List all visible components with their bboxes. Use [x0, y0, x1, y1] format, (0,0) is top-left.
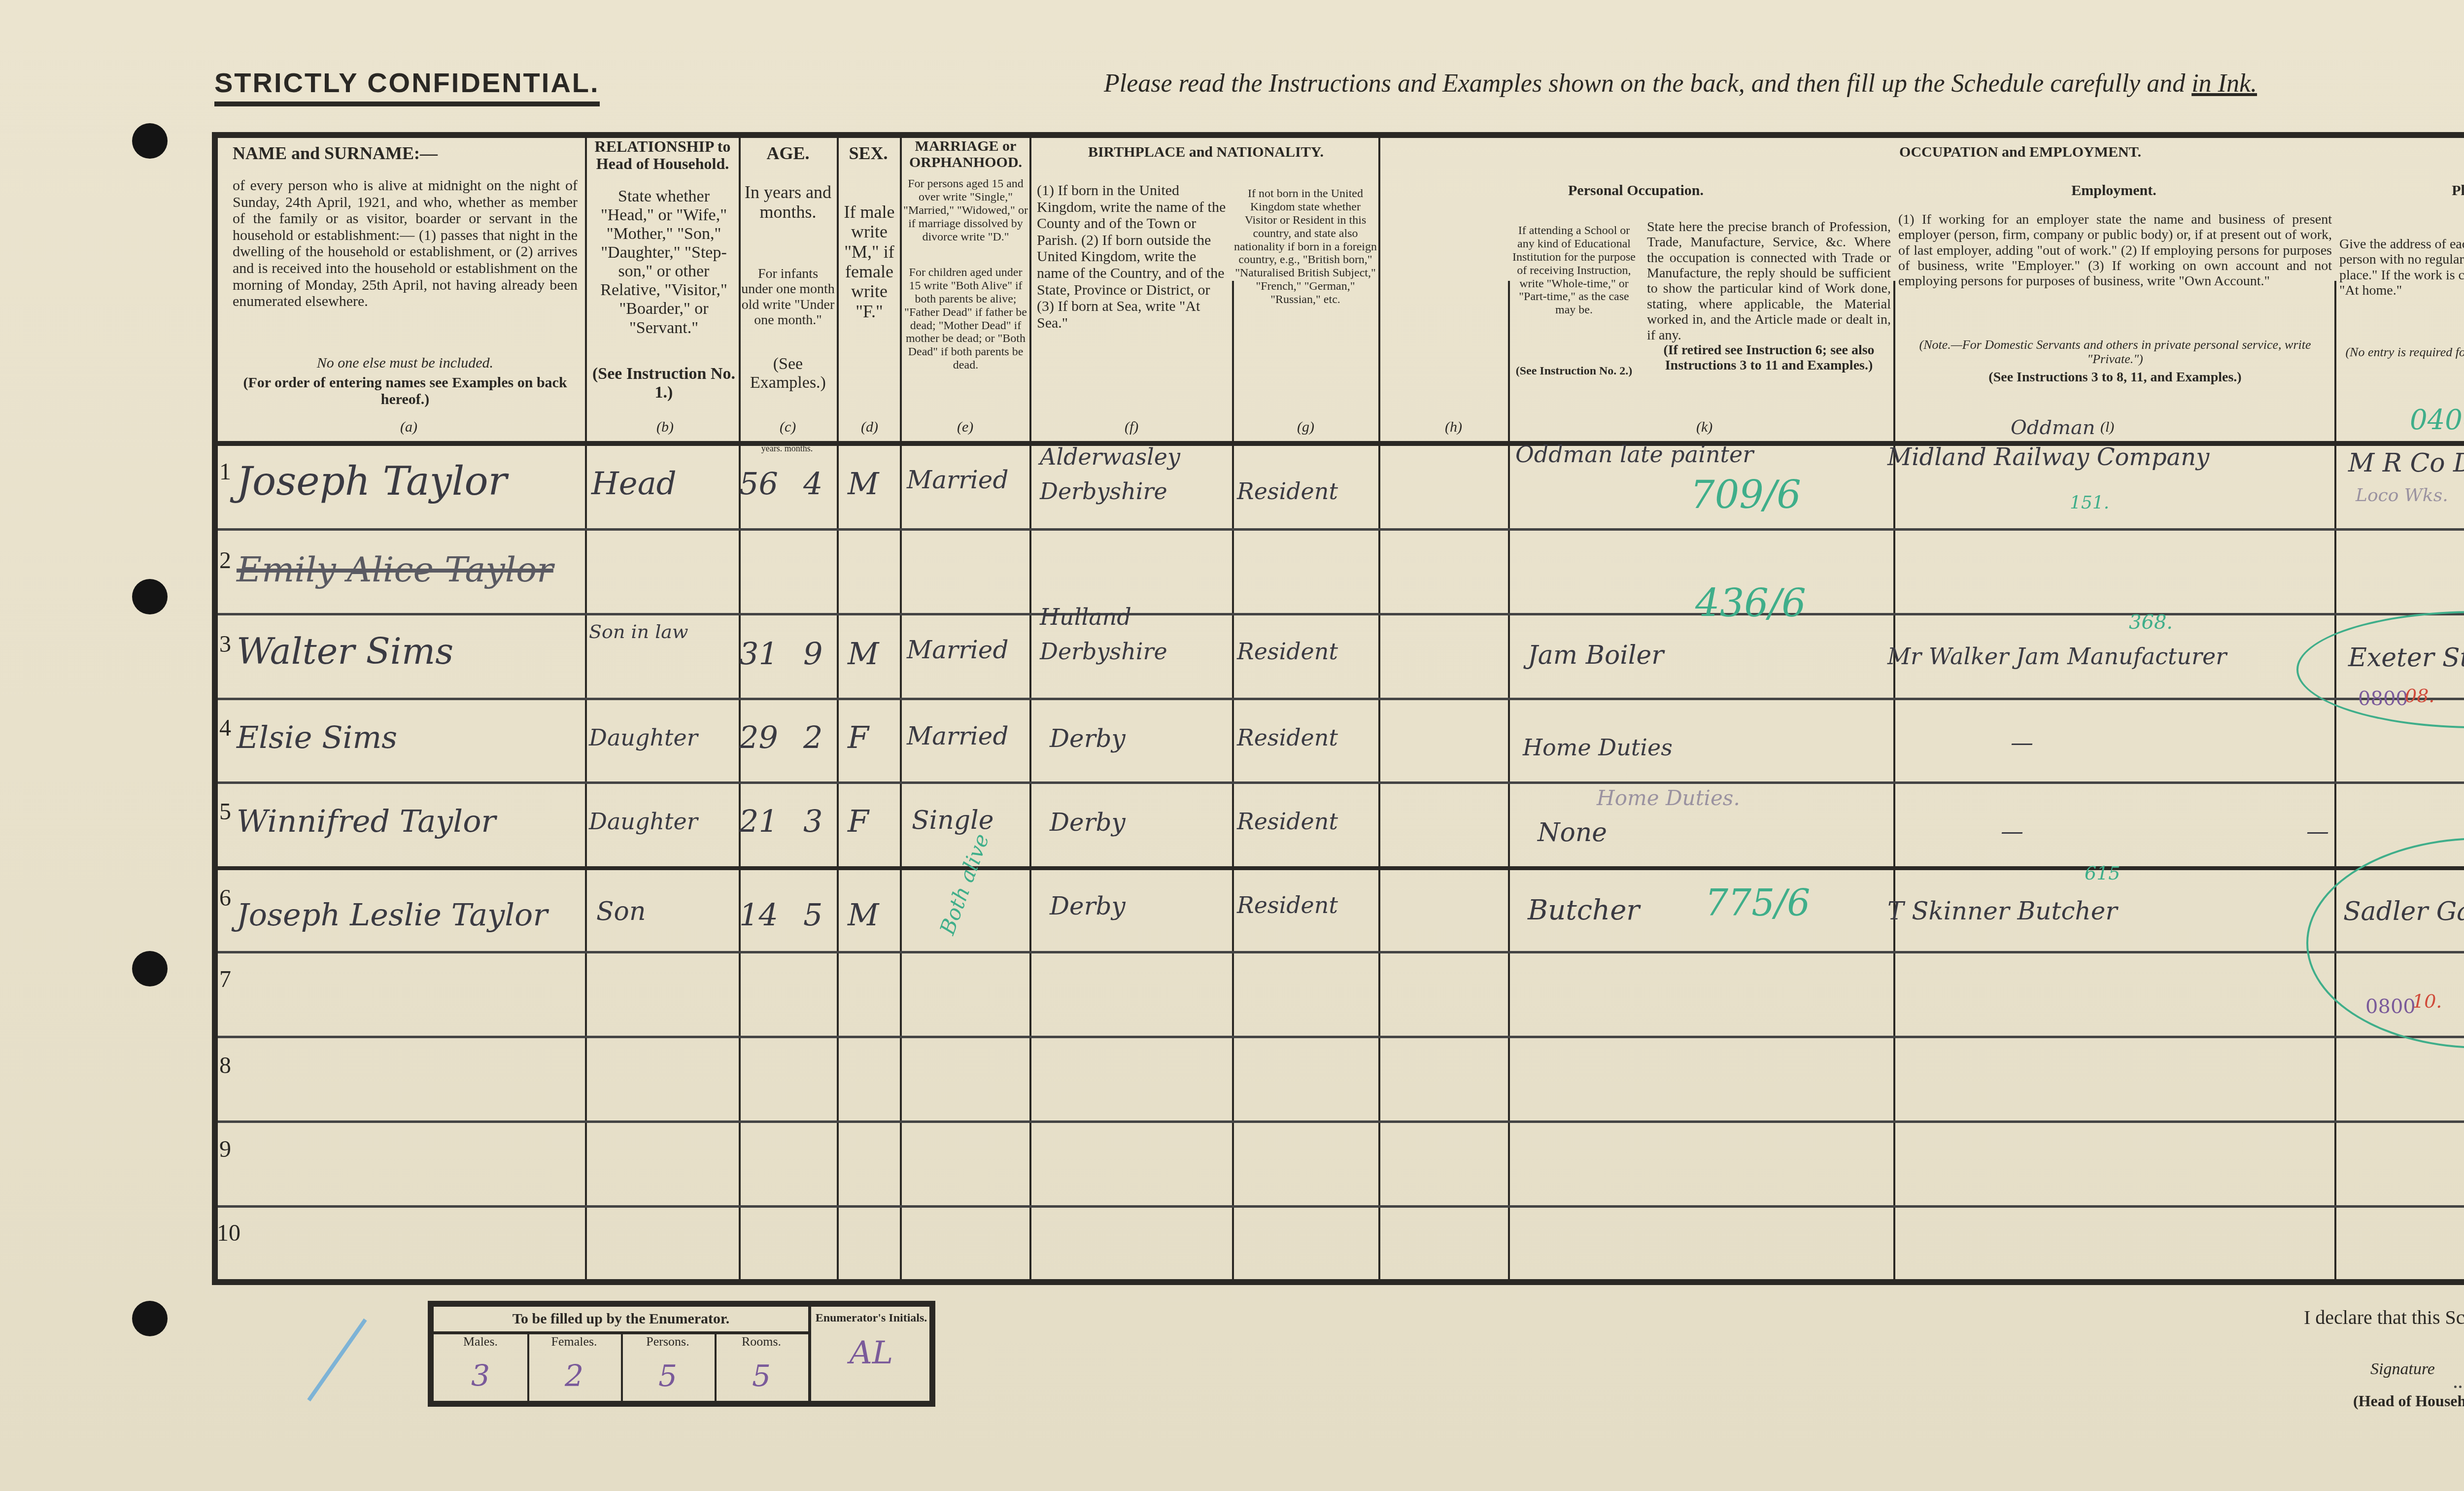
occupation-code: 775/6: [1705, 882, 1810, 924]
marriage: Married: [907, 722, 1008, 750]
initials-label: Enumerator's Initials.: [811, 1312, 931, 1325]
divider: [585, 138, 587, 1279]
relationship: Son in law: [589, 621, 688, 643]
col-c-title: AGE.: [741, 144, 835, 164]
col-k-body: State here the precise branch of Profess…: [1647, 219, 1891, 343]
col-k-title: Personal Occupation.: [1381, 182, 1891, 199]
females-label: Females.: [551, 1334, 597, 1349]
col-c-body: In years and months.: [741, 182, 835, 222]
enumerator-box-heading: To be filled up by the Enumerator.: [434, 1307, 808, 1334]
col-a-title: NAME and SURNAME:—: [233, 144, 578, 164]
age-months: 5: [803, 897, 822, 933]
person-name: Winnifred Taylor: [237, 803, 496, 839]
row-divider: [218, 781, 2464, 784]
nationality: Resident: [1237, 478, 1338, 505]
col-letter-h: (h): [1445, 419, 1462, 436]
relationship: Daughter: [589, 808, 698, 835]
col-letter-g: (g): [1297, 419, 1314, 436]
marriage: Married: [907, 466, 1008, 494]
divider: [900, 138, 902, 1279]
col-a-note: No one else must be included.: [233, 355, 578, 372]
age-years: 21: [739, 803, 778, 839]
enumerator-initials-cell: Enumerator's Initials. AL: [808, 1307, 931, 1401]
binder-hole: [132, 579, 168, 614]
occupation: Butcher: [1528, 894, 1640, 926]
sex: F: [848, 803, 869, 839]
place-of-work: —: [2306, 818, 2329, 845]
rooms-cell: Rooms.5: [715, 1334, 808, 1401]
row-divider: [218, 866, 2464, 870]
males-value: 3: [434, 1359, 527, 1393]
col-e-body: For persons aged 15 and over write "Sing…: [903, 177, 1028, 243]
declaration-text: I declare that this Schedule is correctl…: [2304, 1306, 2464, 1329]
col-c-infant-note: For infants under one month old write "U…: [741, 266, 835, 328]
enumerator-summary-box: To be filled up by the Enumerator. Enume…: [428, 1301, 935, 1407]
sex: M: [848, 466, 879, 502]
occupation: Jam Boiler: [1528, 641, 1664, 670]
schedule-table: NAME and SURNAME:— of every person who i…: [212, 132, 2464, 1285]
marriage: Single: [912, 806, 993, 835]
birthplace: Derby: [1050, 724, 1126, 753]
birthplace-town: Alderwasley: [1040, 443, 1180, 470]
age-months: 4: [803, 466, 822, 502]
census-schedule-page: STRICTLY CONFIDENTIAL. Please read the I…: [0, 0, 2464, 1491]
row-number: 5: [219, 798, 231, 825]
binder-hole: [132, 1301, 168, 1336]
col-letter-k: (k): [1696, 419, 1712, 436]
in-ink-emphasis: in Ink.: [2191, 69, 2257, 98]
rooms-label: Rooms.: [742, 1334, 781, 1349]
signature-caption: (Head of Household, Manager of Establish…: [2353, 1392, 2464, 1410]
binder-hole: [132, 951, 168, 986]
sex: M: [848, 636, 879, 672]
nationality: Resident: [1237, 892, 1338, 918]
col-l-note: (Note.—For Domestic Servants and others …: [1898, 338, 2332, 366]
signature-label: Signature: [2370, 1360, 2435, 1379]
divider: [1508, 281, 1510, 1279]
col-a-footer: (For order of entering names see Example…: [233, 374, 578, 407]
age-years: 29: [739, 719, 778, 755]
employer: —: [2011, 729, 2033, 756]
sex: F: [848, 719, 869, 755]
marriage: Married: [907, 636, 1008, 664]
employer: —: [2001, 818, 2023, 845]
row-number: 6: [219, 884, 231, 912]
birthplace-county: Derbyshire: [1040, 638, 1167, 665]
row-divider: [218, 613, 2464, 615]
relationship: Head: [591, 466, 677, 502]
males-label: Males.: [463, 1334, 498, 1349]
col-g-body: If not born in the United Kingdom state …: [1234, 187, 1377, 306]
birthplace: Derby: [1050, 892, 1126, 920]
divider: [837, 138, 839, 1279]
occupation: Oddman late painter: [1515, 441, 1753, 468]
divider: [1893, 281, 1895, 1279]
row-number: 7: [219, 966, 231, 993]
col-letter-e: (e): [957, 419, 973, 436]
employer-code: 368.: [2129, 611, 2173, 634]
col-m-body: Give the address of each person's place …: [2339, 237, 2464, 298]
col-d-title: SEX.: [839, 144, 898, 164]
age-months: 9: [803, 636, 822, 672]
age-subheader: years. months.: [740, 443, 834, 453]
row-number: 4: [219, 714, 231, 742]
birthplace-town: Hulland: [1040, 604, 1131, 630]
relationship: Daughter: [589, 724, 698, 751]
row-divider: [218, 528, 2464, 531]
divider: [1232, 281, 1234, 1279]
col-b-body: State whether "Head," or "Wife," "Mother…: [592, 187, 735, 338]
employer-code: 151.: [2070, 493, 2109, 513]
rooms-value: 5: [715, 1359, 808, 1393]
row-number: 10: [217, 1220, 240, 1247]
relationship: Son: [596, 897, 646, 926]
occupation-code: 709/6: [1690, 473, 1801, 517]
nationality: Resident: [1237, 724, 1338, 751]
age-years: 56: [739, 466, 778, 502]
person-name: Joseph Taylor: [237, 458, 507, 504]
row-number: 1: [219, 458, 231, 485]
divider: [1378, 138, 1380, 1279]
col-h-footer: (See Instruction No. 2.): [1510, 365, 1638, 378]
page-title: STRICTLY CONFIDENTIAL.: [214, 67, 600, 106]
signature-line[interactable]: [2454, 1386, 2464, 1388]
fill-instructions: Please read the Instructions and Example…: [1104, 69, 2257, 98]
employer: T Skinner Butcher: [1887, 897, 2117, 925]
margin-code: 040011: [2410, 404, 2464, 436]
occupation-code: 436/6: [1695, 581, 1806, 626]
females-cell: Females.2: [527, 1334, 623, 1401]
place-of-work: M R Co Derby: [2348, 448, 2464, 478]
occupation: Home Duties: [1523, 734, 1673, 761]
col-m-title: Place of Work.: [2337, 182, 2464, 199]
binder-hole: [132, 123, 168, 159]
divider: [739, 138, 741, 1279]
row-divider: [218, 1036, 2464, 1038]
col-e-title: MARRIAGE or ORPHANHOOD.: [903, 138, 1028, 170]
row-number: 8: [219, 1052, 231, 1079]
sex: M: [848, 897, 879, 933]
row-number: 3: [219, 631, 231, 658]
persons-label: Persons.: [646, 1334, 689, 1349]
occupation: None: [1538, 818, 1607, 847]
employer: Mr Walker Jam Manufacturer: [1887, 643, 2226, 670]
person-name: Elsie Sims: [237, 719, 397, 755]
col-e-body-children: For children aged under 15 write "Both A…: [903, 266, 1028, 372]
age-years: 31: [739, 636, 778, 672]
birthplace: Derby: [1050, 808, 1126, 837]
col-letter-f: (f): [1125, 419, 1138, 436]
col-k-footer: (If retired see Instruction 6; see also …: [1647, 342, 1891, 373]
col-letter-l: (l): [2100, 419, 2114, 436]
nationality: Resident: [1237, 808, 1338, 835]
col-b-footer: (See Instruction No. 1.): [592, 365, 735, 402]
persons-cell: Persons.5: [621, 1334, 717, 1401]
person-name: Joseph Leslie Taylor: [237, 897, 548, 933]
col-letter-b: (b): [656, 419, 674, 436]
col-c-footer: (See Examples.): [741, 355, 835, 392]
occupation-title: OCCUPATION and EMPLOYMENT.: [1381, 144, 2464, 160]
col-f-body: (1) If born in the United Kingdom, write…: [1037, 182, 1230, 331]
col-fg-title: BIRTHPLACE and NATIONALITY.: [1036, 144, 1376, 160]
place-annotation: Loco Wks.: [2356, 485, 2448, 506]
employer-code: 615: [2085, 862, 2121, 884]
col-letter-c: (c): [780, 419, 796, 436]
age-months: 3: [803, 803, 822, 839]
initials-value: AL: [811, 1335, 931, 1371]
row-divider: [218, 951, 2464, 953]
persons-value: 5: [621, 1359, 715, 1393]
col-a-body: of every person who is alive at midnight…: [233, 177, 578, 310]
col-m-note: (No entry is required for any person who…: [2339, 345, 2464, 373]
col-l-footer: (See Instructions 3 to 8, 11, and Exampl…: [1898, 370, 2332, 385]
nationality: Resident: [1237, 638, 1338, 665]
col-letter-a: (a): [400, 419, 417, 436]
col-d-body: If male write "M," if female write "F.": [840, 202, 899, 321]
col-letter-d: (d): [861, 419, 878, 436]
col-l-title: Employment.: [1896, 182, 2332, 199]
males-cell: Males.3: [434, 1334, 529, 1401]
row-divider: [218, 1120, 2464, 1123]
col-h-body: If attending a School or any kind of Edu…: [1510, 224, 1638, 317]
age-months: 2: [803, 719, 822, 755]
blue-tick-mark: [307, 1319, 367, 1401]
col-l-body: (1) If working for an employer state the…: [1898, 212, 2332, 289]
col-b-title: RELATIONSHIP to Head of Household.: [590, 138, 735, 172]
employer-annotation: Oddman: [2011, 416, 2095, 439]
row-divider: [218, 698, 2464, 700]
row-number: 9: [219, 1136, 231, 1163]
divider: [2334, 281, 2336, 1279]
person-name-struck: Emily Alice Taylor: [237, 549, 553, 590]
birthplace-county: Derbyshire: [1040, 478, 1167, 505]
age-years: 14: [739, 897, 778, 933]
employer: Midland Railway Company: [1887, 443, 2209, 471]
row-divider: [218, 1205, 2464, 1208]
occupation-annotation: Home Duties.: [1597, 786, 1740, 810]
divider: [1029, 138, 1031, 1279]
person-name: Walter Sims: [237, 631, 453, 672]
females-value: 2: [527, 1359, 621, 1393]
row-number: 2: [219, 547, 231, 574]
